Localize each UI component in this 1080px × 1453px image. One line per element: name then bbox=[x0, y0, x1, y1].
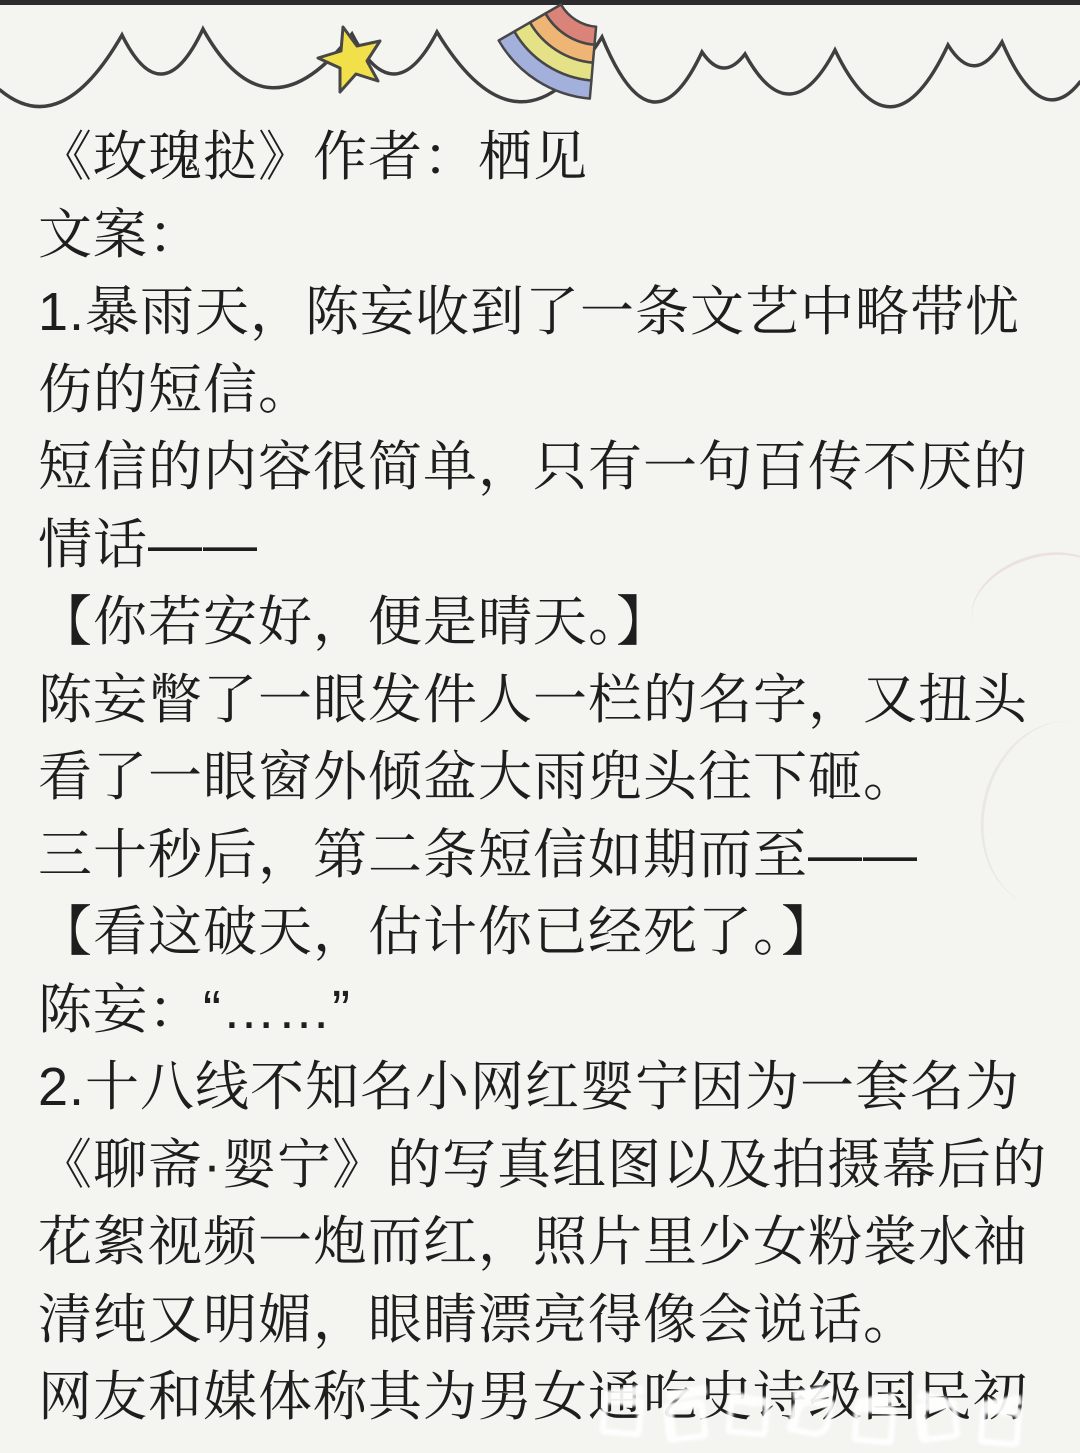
text-lines: 《玫瑰挞》作者：栖见文案：1.暴雨天，陈妄收到了一条文艺中略带忧伤的短信。短信的… bbox=[38, 119, 1048, 1437]
text-line: 文案： bbox=[38, 197, 1048, 275]
text-line: 伤的短信。 bbox=[38, 352, 1048, 430]
text-line: 1.暴雨天，陈妄收到了一条文艺中略带忧 bbox=[38, 274, 1048, 352]
text-line: 2.十八线不知名小网红婴宁因为一套名为 bbox=[38, 1049, 1048, 1127]
text-line: 看了一眼窗外倾盆大雨兜头往下砸。 bbox=[38, 739, 1048, 817]
text-line: 【看这破天，估计你已经死了。】 bbox=[38, 894, 1048, 972]
text-line: 花絮视频一炮而红，照片里少女粉裳水袖 bbox=[38, 1204, 1048, 1282]
text-line: 《聊斋·婴宁》的写真组图以及拍摄幕后的 bbox=[38, 1127, 1048, 1205]
text-line: 【你若安好，便是晴天。】 bbox=[38, 584, 1048, 662]
text-line: 陈妄瞥了一眼发件人一栏的名字，又扭头 bbox=[38, 662, 1048, 740]
text-line: 情话—— bbox=[38, 507, 1048, 585]
text-line: 三十秒后，第二条短信如期而至—— bbox=[38, 817, 1048, 895]
cloud-border-art bbox=[0, 2, 1080, 132]
rainbow-icon bbox=[499, 5, 596, 99]
text-line: 《玫瑰挞》作者：栖见 bbox=[38, 119, 1048, 197]
text-line: 清纯又明媚，眼睛漂亮得像会说话。 bbox=[38, 1282, 1048, 1360]
text-line: 陈妄：“……” bbox=[38, 972, 1048, 1050]
text-line: 网友和媒体称其为男女通吃史诗级国民初 bbox=[38, 1359, 1048, 1437]
text-line: 短信的内容很简单，只有一句百传不厌的 bbox=[38, 429, 1048, 507]
